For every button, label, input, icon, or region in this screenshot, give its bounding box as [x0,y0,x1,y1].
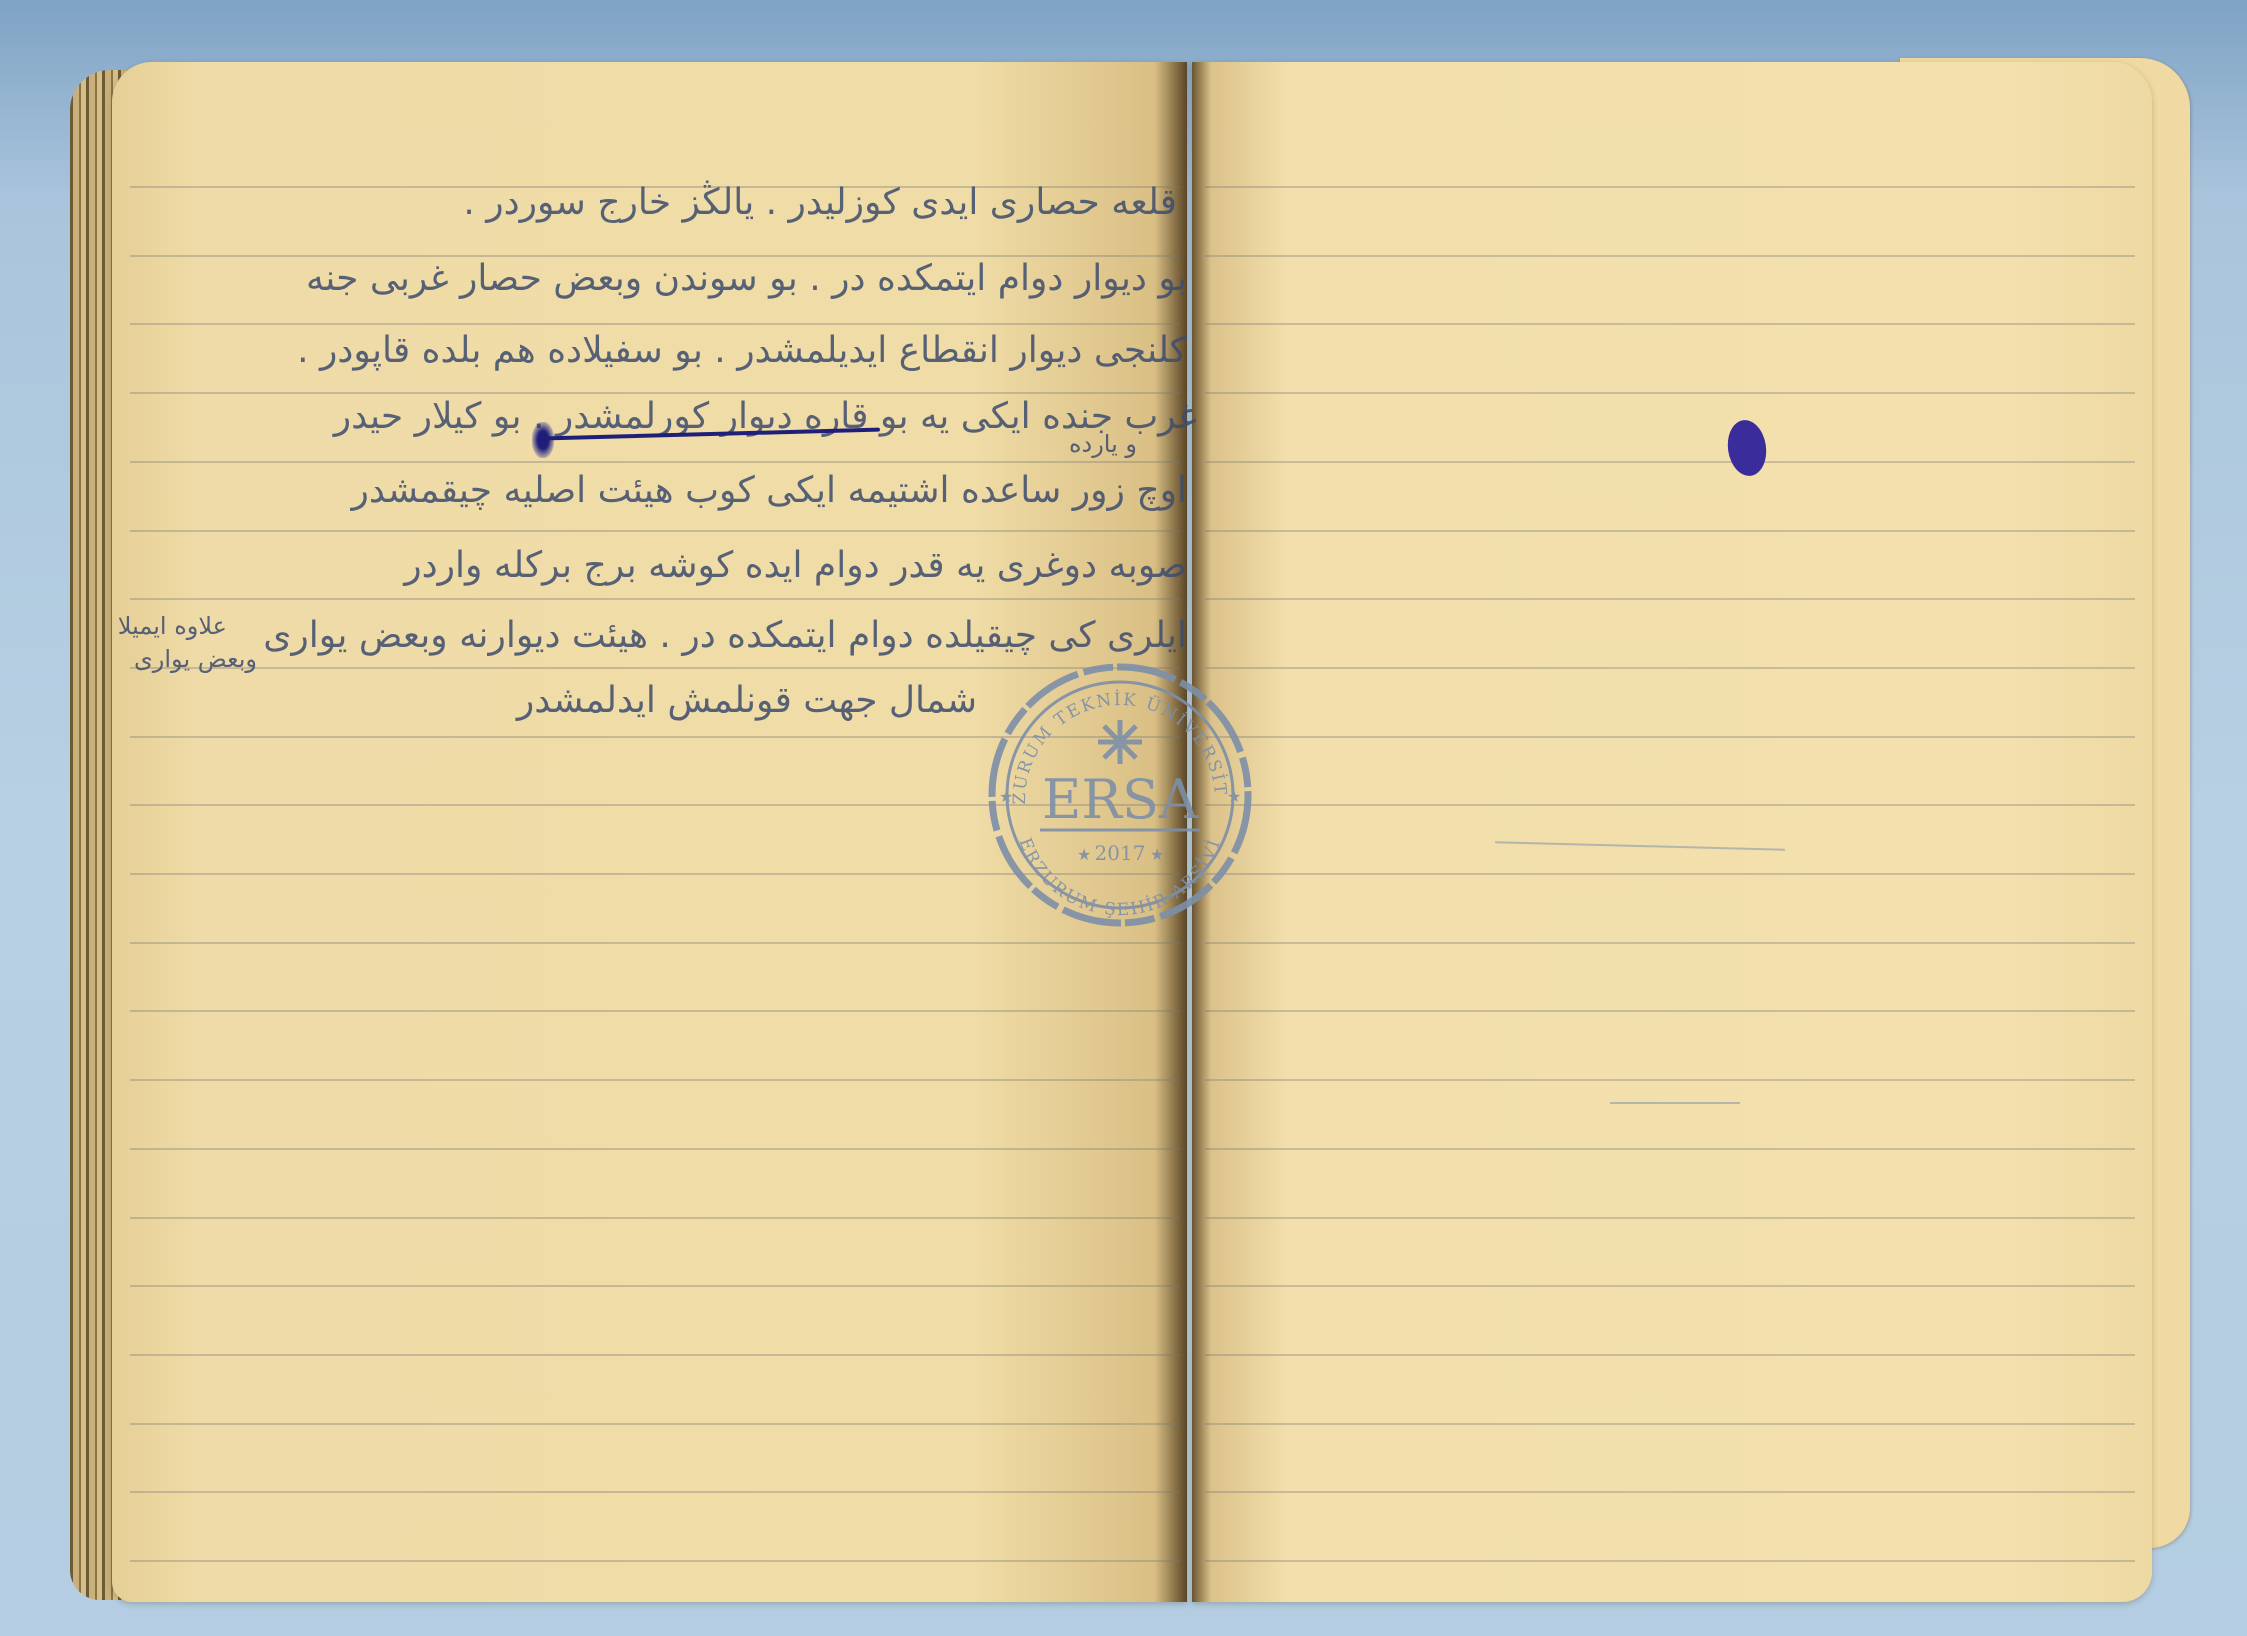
star-icon: ★ [1077,845,1091,864]
ruled-line [1205,186,2135,188]
ruled-line [1205,804,2135,806]
ruled-line [1205,873,2135,875]
ruled-line [130,1217,1180,1219]
ruled-line [1205,598,2135,600]
stamp-year: 2017 [1095,841,1146,865]
pencil-stroke [1610,1102,1740,1104]
ruled-line [130,1560,1180,1562]
ruled-line [1205,392,2135,394]
right-page [1192,62,2152,1602]
ruled-line [1205,1148,2135,1150]
handwritten-line-7: ایلری کی چیقیلده دوام ایتمکده در . هیئت … [263,615,1187,656]
ruled-line [1205,1079,2135,1081]
ruled-line [1205,942,2135,944]
ruled-line [1205,461,2135,463]
margin-note-2: علاوه ایمیلا [118,612,227,640]
ruled-line [130,1079,1180,1081]
ruled-line [1205,255,2135,257]
star-icon: ★ [1227,787,1241,806]
handwritten-line-6: صوبه دوغری یه قدر دوام ایده کوشه برج برک… [404,545,1187,586]
ruled-line [1205,323,2135,325]
ruled-line [1205,667,2135,669]
handwritten-line-8: شمال جهت قونلمش ایدلمشدر [517,680,977,721]
ruled-line [1205,1010,2135,1012]
ruled-line [130,1423,1180,1425]
star-icon: ★ [999,787,1013,806]
ruled-line [1205,1491,2135,1493]
handwritten-line-5: اوچ زور ساعده اشتیمه ایکی کوب هیئت اصلیه… [352,470,1188,511]
ruled-line [130,1010,1180,1012]
ruled-line [130,598,1180,600]
ruled-line [1205,530,2135,532]
ruled-line [130,1148,1180,1150]
star-icon: ★ [1150,845,1164,864]
snowflake-icon [1098,720,1142,764]
ruled-line [130,530,1180,532]
ruled-line [1205,1285,2135,1287]
ruled-line [130,323,1180,325]
handwritten-line-1: قلعه حصاری ایدی کوزلیدر . یالڭز خارج سور… [463,182,1177,223]
ruled-line [130,1285,1180,1287]
margin-note-1: و یارده [1069,430,1137,458]
stamp-center-text: ERSA [1042,768,1199,831]
ruled-line [1205,1560,2135,1562]
ruled-line [130,392,1180,394]
handwritten-line-2: بو دیوار دوام ایتمکده در . بو سوندن وبعض… [306,258,1187,299]
ruled-line [130,1491,1180,1493]
ruled-line [130,461,1180,463]
ruled-line [1205,736,2135,738]
ruled-line [130,255,1180,257]
handwritten-line-3: کلنجی دیوار انقطاع ایدیلمشدر . بو سفیلاد… [297,330,1187,371]
ruled-line [130,942,1180,944]
ruled-line [130,1354,1180,1356]
margin-note-3: وبعض یواری [134,645,257,673]
archive-stamp: ERZURUM TEKNİK ÜNİVERSİTESİ ERZURUM ŞEHİ… [985,660,1255,930]
ruled-line [1205,1217,2135,1219]
ruled-line [1205,1354,2135,1356]
ruled-line [1205,1423,2135,1425]
